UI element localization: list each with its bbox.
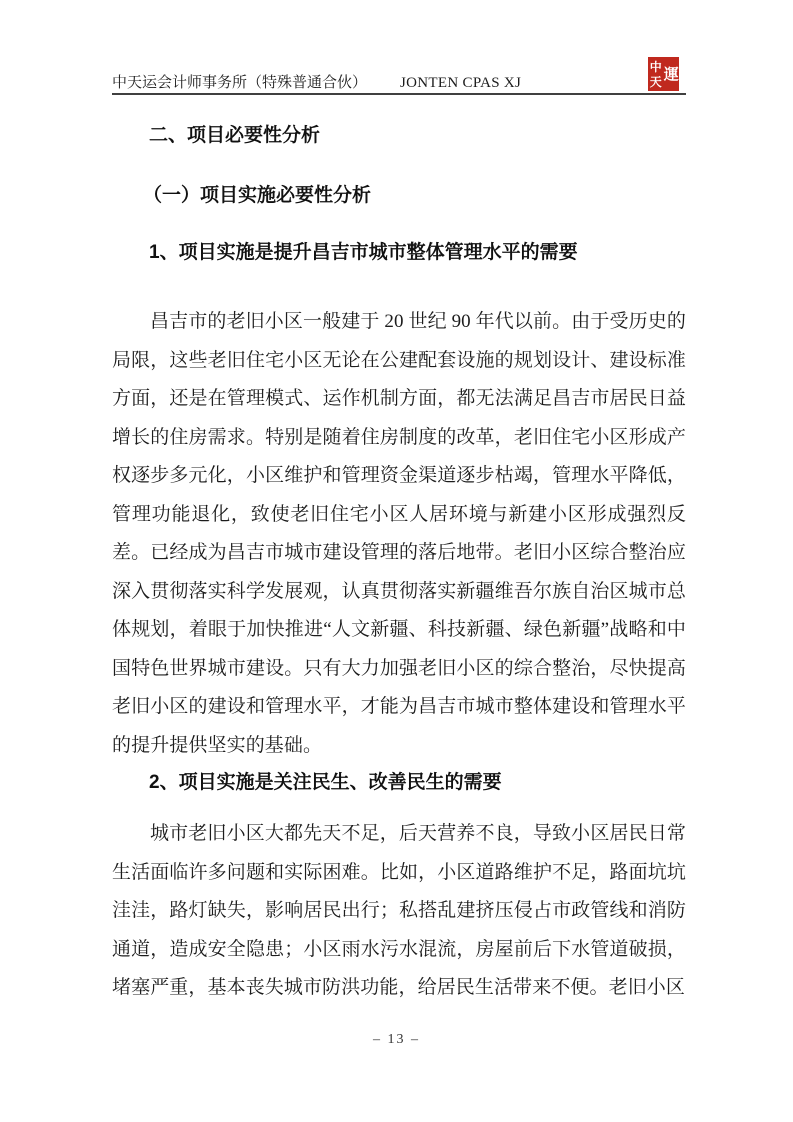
seal-char-top: 中: [650, 61, 662, 73]
firm-name-cn: 中天运会计师事务所（特殊普通合伙）: [112, 71, 367, 92]
seal-left-column: 中 天: [648, 57, 664, 91]
page-number: – 13 –: [0, 1032, 793, 1048]
seal-char-right: 運: [664, 57, 680, 91]
subsection-heading: （一）项目实施必要性分析: [143, 186, 371, 206]
document-page: 中天运会计师事务所（特殊普通合伙） JONTEN CPAS XJ 中 天 運 二…: [0, 0, 793, 1122]
section-heading: 二、项目必要性分析: [149, 126, 320, 146]
seal-char-bottom: 天: [650, 76, 662, 88]
jonten-seal-logo: 中 天 運: [648, 57, 679, 91]
subsection-2-paragraph: 城市老旧小区大都先天不足，后天营养不良，导致小区居民日常生活面临许多问题和实际困…: [112, 815, 686, 1008]
page-header: 中天运会计师事务所（特殊普通合伙） JONTEN CPAS XJ: [112, 0, 686, 95]
subsection-2-heading: 2、项目实施是关注民生、改善民生的需要: [149, 773, 502, 793]
firm-name-en: JONTEN CPAS XJ: [400, 75, 521, 92]
subsection-1-heading: 1、项目实施是提升昌吉市城市整体管理水平的需要: [149, 243, 578, 263]
subsection-1-paragraph: 昌吉市的老旧小区一般建于 20 世纪 90 年代以前。由于受历史的局限，这些老旧…: [112, 303, 686, 765]
